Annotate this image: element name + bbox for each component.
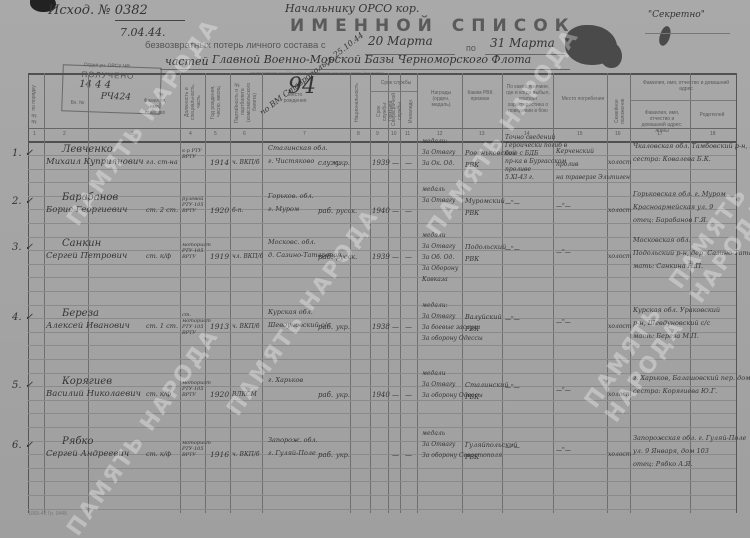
column-number: 9 bbox=[376, 131, 379, 137]
column-divider bbox=[607, 73, 608, 513]
column-number: 2 bbox=[63, 131, 66, 137]
unit-name: Главной Военно-Морской Базы Черноморског… bbox=[212, 53, 531, 66]
rvk: РВК bbox=[465, 325, 479, 333]
birth-year: 1919 bbox=[210, 252, 229, 261]
surname: Рябко bbox=[62, 436, 93, 447]
social-status: раб. bbox=[318, 207, 333, 215]
rvk: Подольский bbox=[465, 243, 506, 251]
col-11: — bbox=[392, 253, 399, 261]
ruled-line bbox=[28, 468, 736, 469]
col-12: — bbox=[405, 391, 412, 399]
column-number: 6 bbox=[243, 131, 246, 137]
column-number: 18 bbox=[710, 131, 716, 137]
party: ч. ВКП/б bbox=[232, 451, 260, 458]
burial-place: на траверзе Эльтиген bbox=[556, 174, 630, 181]
burial-place: —"— bbox=[556, 447, 571, 454]
award: Кавказа bbox=[422, 276, 448, 283]
ruled-line bbox=[28, 318, 736, 319]
loss-reason: —"— bbox=[505, 444, 520, 451]
period-to-label: по bbox=[466, 43, 476, 53]
home-address: Чкаловская обл. Тамбовский р-н, РОНОВЗ bbox=[633, 142, 750, 150]
rank: ст. к/ф bbox=[146, 252, 171, 260]
home-address: Запорожская обл. г. Гуляй-Поле bbox=[633, 434, 746, 442]
loss-reason: проливе bbox=[505, 166, 531, 173]
col-header-17: Семейное положение bbox=[614, 96, 626, 126]
ruled-line bbox=[28, 305, 736, 306]
birth-year: 1916 bbox=[210, 450, 229, 459]
col-header-9: Национальность bbox=[354, 80, 360, 125]
col-12: — bbox=[405, 323, 412, 331]
birth-year: 1913 bbox=[210, 322, 229, 331]
position-unit: рулевой РТУ-105 ВРТУ bbox=[182, 196, 204, 214]
burial-place: пролив bbox=[556, 161, 579, 168]
service-from: 1940 bbox=[372, 391, 390, 399]
rvk: Сталинский bbox=[465, 381, 509, 389]
column-divider bbox=[205, 73, 206, 513]
family-status: холост bbox=[608, 253, 631, 260]
rvk: РВК bbox=[465, 453, 479, 461]
birth-year: 1920 bbox=[210, 206, 229, 215]
column-divider bbox=[400, 73, 401, 513]
ruled-line bbox=[28, 291, 736, 292]
ruled-line bbox=[28, 495, 736, 496]
loss-reason: —"— bbox=[505, 384, 520, 391]
rank: ст. 1 ст. bbox=[146, 322, 178, 330]
loss-reason: 5.XI-43 г. bbox=[505, 174, 534, 181]
col-11: — bbox=[392, 451, 399, 459]
col-header-6: Партийность и № партбилета (комсомольско… bbox=[234, 78, 256, 126]
nationality: укр. bbox=[336, 391, 350, 399]
col-12: — bbox=[405, 159, 412, 167]
column-divider bbox=[462, 73, 463, 513]
family-status: холост bbox=[608, 451, 631, 458]
rvk: РВК bbox=[465, 209, 479, 217]
column-number: 7 bbox=[303, 131, 306, 137]
award: За Отвагу bbox=[422, 313, 455, 320]
social-status: раб. bbox=[318, 323, 333, 331]
footer-code: 1065-42 Гр. 0448 bbox=[28, 511, 67, 517]
party: чл. ВКП/б bbox=[232, 253, 263, 260]
surname: Корягиев bbox=[62, 376, 112, 387]
loss-reason: бою с БДБ bbox=[505, 150, 538, 157]
birthplace: г. Гуляй-Поле bbox=[268, 449, 316, 457]
ink-stain-small bbox=[600, 42, 622, 68]
column-number: 16 bbox=[615, 131, 621, 137]
first-patronymic: Алексей Иванович bbox=[46, 321, 130, 331]
award: За Отвагу bbox=[422, 149, 455, 156]
column-divider bbox=[44, 73, 45, 513]
ruled-line bbox=[28, 277, 736, 278]
loss-reason: —"— bbox=[505, 200, 520, 207]
col-header-11: Сверхсрочной службы bbox=[391, 96, 403, 126]
column-divider bbox=[262, 73, 263, 513]
rvk: Валуйский bbox=[465, 313, 502, 321]
col-11: — bbox=[392, 207, 399, 215]
col-11: — bbox=[392, 391, 399, 399]
first-patronymic: Василий Николаевич bbox=[46, 389, 141, 399]
col-header-13: Награды (орден, медаль) bbox=[423, 90, 459, 108]
period-from: 20 Марта bbox=[368, 34, 433, 48]
ink-stain-right bbox=[657, 25, 673, 47]
col-header-19: Родителей bbox=[690, 112, 734, 118]
col-12: — bbox=[405, 207, 412, 215]
award: За Об. Од. bbox=[422, 254, 454, 261]
col-header-1: №№ по порядку bbox=[31, 85, 37, 125]
col-header-service-group: Срок службы bbox=[376, 80, 416, 86]
award: За Ок. Од. bbox=[422, 160, 454, 167]
col-header-12: Инвалидн. bbox=[408, 96, 414, 126]
family-status: холост bbox=[608, 159, 631, 166]
col-12: — bbox=[405, 253, 412, 261]
document-title: ИМЕННОЙ СПИСОК bbox=[290, 16, 576, 36]
surname: Санкин bbox=[62, 238, 101, 249]
birthplace: Сталинская обл. bbox=[268, 144, 327, 152]
column-divider bbox=[88, 73, 89, 513]
rank: ст. к/ф bbox=[146, 450, 171, 458]
service-from: 1939 bbox=[372, 253, 390, 261]
award: медаль bbox=[422, 186, 445, 193]
burial-place: —"— bbox=[556, 203, 571, 210]
rank: ст. 2 ст. bbox=[146, 206, 178, 214]
home-address: Горьковская обл. г. Муром bbox=[633, 190, 726, 198]
column-number: 4 bbox=[189, 131, 192, 137]
party: ч. ВКП/б bbox=[232, 323, 260, 330]
ruled-line bbox=[28, 481, 736, 482]
row-number: 3. ✓ bbox=[12, 242, 33, 253]
column-divider bbox=[630, 73, 631, 513]
col-header-7: Место рождения bbox=[280, 92, 310, 104]
column-number: 13 bbox=[479, 131, 485, 137]
column-number: 12 bbox=[437, 131, 443, 137]
period-to: 31 Марта bbox=[490, 36, 555, 50]
party: б-п. bbox=[232, 207, 243, 214]
row-number: 1. ✓ bbox=[12, 148, 33, 159]
award: За Оборону bbox=[422, 265, 458, 272]
rvk: РВК bbox=[465, 393, 479, 401]
burial-place: —"— bbox=[556, 387, 571, 394]
column-number: 15 bbox=[577, 131, 583, 137]
family-status: холост bbox=[608, 207, 631, 214]
service-from: 1938 bbox=[372, 323, 390, 331]
surname: Береза bbox=[62, 308, 99, 319]
column-divider bbox=[417, 73, 418, 513]
position-unit: моторист РТУ-105 ВРТУ bbox=[182, 242, 204, 260]
award: За оборону Одессы bbox=[422, 335, 483, 342]
outgoing-ref: Исход. № 0382 bbox=[48, 3, 148, 18]
column-number: 10 bbox=[391, 131, 397, 137]
award: За Отвагу bbox=[422, 381, 455, 388]
column-divider bbox=[736, 73, 737, 513]
birthplace: г. Муром bbox=[268, 205, 299, 213]
column-divider bbox=[230, 73, 231, 513]
column-number: 8 bbox=[357, 131, 360, 137]
subtitle-printed: безвозвратных потерь личного состава с bbox=[145, 40, 326, 51]
ruled-line bbox=[28, 264, 736, 265]
outgoing-date: 7.04.44. bbox=[120, 26, 165, 39]
birthplace: г. Чистяково bbox=[268, 157, 314, 165]
column-number: 1 bbox=[33, 131, 36, 137]
birthplace: г. Харьков bbox=[268, 376, 303, 384]
col-header-family-group: Фамилия, имя, отчество и домашний адрес bbox=[640, 80, 732, 92]
ruled-line bbox=[28, 196, 736, 197]
award: За оборону Севастополя bbox=[422, 452, 502, 459]
ruled-line bbox=[28, 169, 736, 170]
nationality: укр. bbox=[336, 323, 350, 331]
birth-year: 1920 bbox=[210, 390, 229, 399]
birthplace: Московс. обл. bbox=[268, 238, 316, 246]
ruled-line bbox=[28, 223, 736, 224]
column-number: 11 bbox=[405, 131, 410, 137]
ruled-line bbox=[28, 250, 736, 251]
rvk: РВК bbox=[465, 255, 479, 263]
award: медали bbox=[422, 370, 446, 377]
birthplace: Запорож. обл. bbox=[268, 436, 318, 444]
award: медали: bbox=[422, 138, 448, 145]
party: ч. ВКП/б bbox=[232, 159, 260, 166]
row-number: 4. ✓ bbox=[12, 312, 33, 323]
award: За Отвагу bbox=[422, 243, 455, 250]
row-number: 2. ✓ bbox=[12, 196, 33, 207]
ruled-line bbox=[28, 237, 736, 238]
col-12: — bbox=[405, 451, 412, 459]
addressee: Начальнику ОРСО кор. bbox=[285, 2, 419, 15]
document-page: Исход. № 0382 7.04.44. Начальнику ОРСО к… bbox=[0, 0, 750, 538]
award: За Отвагу bbox=[422, 441, 455, 448]
birthplace: Горьков. обл. bbox=[268, 192, 314, 200]
loss-reason: —"— bbox=[505, 316, 520, 323]
position-unit: моторист РТУ-105 ВРТУ bbox=[182, 440, 204, 458]
row-number: 5. ✓ bbox=[12, 380, 33, 391]
loss-reason: —"— bbox=[505, 246, 520, 253]
col-header-5: Год рождения, число, месяц bbox=[210, 78, 222, 126]
ruled-line bbox=[28, 182, 736, 183]
row-number: 6. ✓ bbox=[12, 440, 33, 451]
social-status: раб. bbox=[318, 391, 333, 399]
home-address: Красноармейская ул. 9 bbox=[633, 203, 713, 211]
ruled-line bbox=[28, 509, 736, 510]
position-unit: к-р РТУ ВРТУ bbox=[182, 148, 204, 160]
home-address: ул. 9 Января, дом 103 bbox=[633, 447, 709, 455]
col-header-14: Каким РВК призван bbox=[462, 90, 498, 102]
burial-place: —"— bbox=[556, 249, 571, 256]
burial-place: Керченский bbox=[556, 148, 594, 155]
first-patronymic: Сергей Петрович bbox=[46, 251, 127, 261]
column-divider bbox=[350, 73, 351, 513]
nationality: укр. bbox=[336, 451, 350, 459]
home-address: Московская обл. bbox=[633, 236, 691, 244]
birth-year: 1914 bbox=[210, 158, 229, 167]
column-divider bbox=[370, 73, 371, 513]
home-address: отец: Барабанов Г.Я. bbox=[633, 216, 708, 224]
social-status: раб. bbox=[318, 451, 333, 459]
watermark: ПАМЯТЬ НАРОДА bbox=[62, 324, 224, 538]
home-address: отец: Рябко А.Я. bbox=[633, 460, 693, 468]
nationality: укр. bbox=[336, 159, 350, 167]
col-header-4: Должность и специальность, часть bbox=[184, 78, 196, 126]
home-address: сестра: Ковалева Б.К. bbox=[633, 155, 711, 163]
service-from: 1939 bbox=[372, 159, 390, 167]
award: медали: bbox=[422, 302, 448, 309]
col-header-16: Место погребения bbox=[558, 96, 608, 102]
rank: гл. ст-на bbox=[146, 158, 178, 166]
award: медаль bbox=[422, 430, 445, 437]
column-number: 17 bbox=[657, 131, 663, 137]
column-divider bbox=[388, 73, 389, 513]
column-number: 5 bbox=[214, 131, 217, 137]
secret-mark: "Секретно" bbox=[648, 10, 705, 20]
col-11: — bbox=[392, 159, 399, 167]
column-divider bbox=[180, 73, 181, 513]
burial-place: —"— bbox=[556, 319, 571, 326]
col-11: — bbox=[392, 323, 399, 331]
nationality: русск. bbox=[336, 207, 357, 215]
